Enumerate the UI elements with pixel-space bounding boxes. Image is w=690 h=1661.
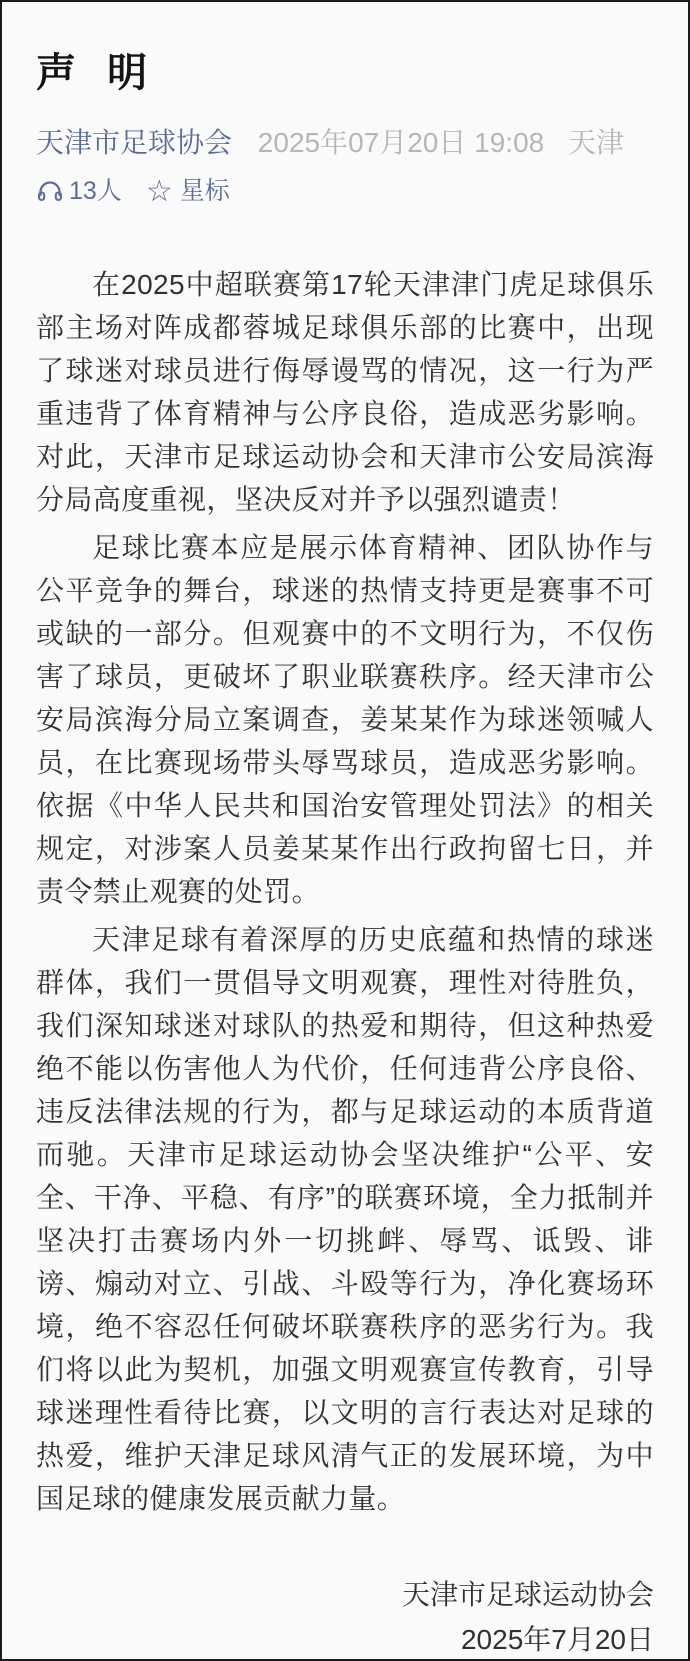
headphones-icon: [36, 178, 64, 206]
listen-count-button[interactable]: 13人: [36, 176, 122, 207]
signature-org: 天津市足球运动协会: [36, 1572, 654, 1617]
article-body: 在2025中超联赛第17轮天津津门虎足球俱乐部主场对阵成都蓉城足球俱乐部的比赛中…: [36, 263, 654, 1520]
publish-location: 天津: [568, 127, 624, 158]
listen-count-label: 13人: [69, 176, 122, 207]
publish-datetime: 2025年07月20日 19:08: [258, 127, 544, 158]
signature-date: 2025年7月20日: [36, 1617, 654, 1661]
article-paragraph-3: 天津足球有着深厚的历史底蕴和热情的球迷群体，我们一贯倡导文明观赛，理性对待胜负，…: [36, 918, 654, 1520]
signature-block: 天津市足球运动协会 2025年7月20日: [36, 1572, 654, 1661]
meta-row: 13人 ☆ 星标: [36, 176, 654, 207]
star-label: 星标: [180, 176, 230, 207]
star-outline-icon: ☆: [146, 177, 173, 207]
article-paragraph-1: 在2025中超联赛第17轮天津津门虎足球俱乐部主场对阵成都蓉城足球俱乐部的比赛中…: [36, 263, 654, 521]
star-button[interactable]: ☆ 星标: [146, 176, 230, 207]
page-title: 声 明: [36, 50, 654, 96]
article-paragraph-2: 足球比赛本应是展示体育精神、团队协作与公平竞争的舞台，球迷的热情支持更是赛事不可…: [36, 526, 654, 913]
byline: 天津市足球协会 2025年07月20日 19:08 天津: [36, 126, 654, 160]
article-page: 声 明 天津市足球协会 2025年07月20日 19:08 天津 13人 ☆ 星…: [0, 0, 690, 1661]
author-link[interactable]: 天津市足球协会: [36, 127, 232, 158]
